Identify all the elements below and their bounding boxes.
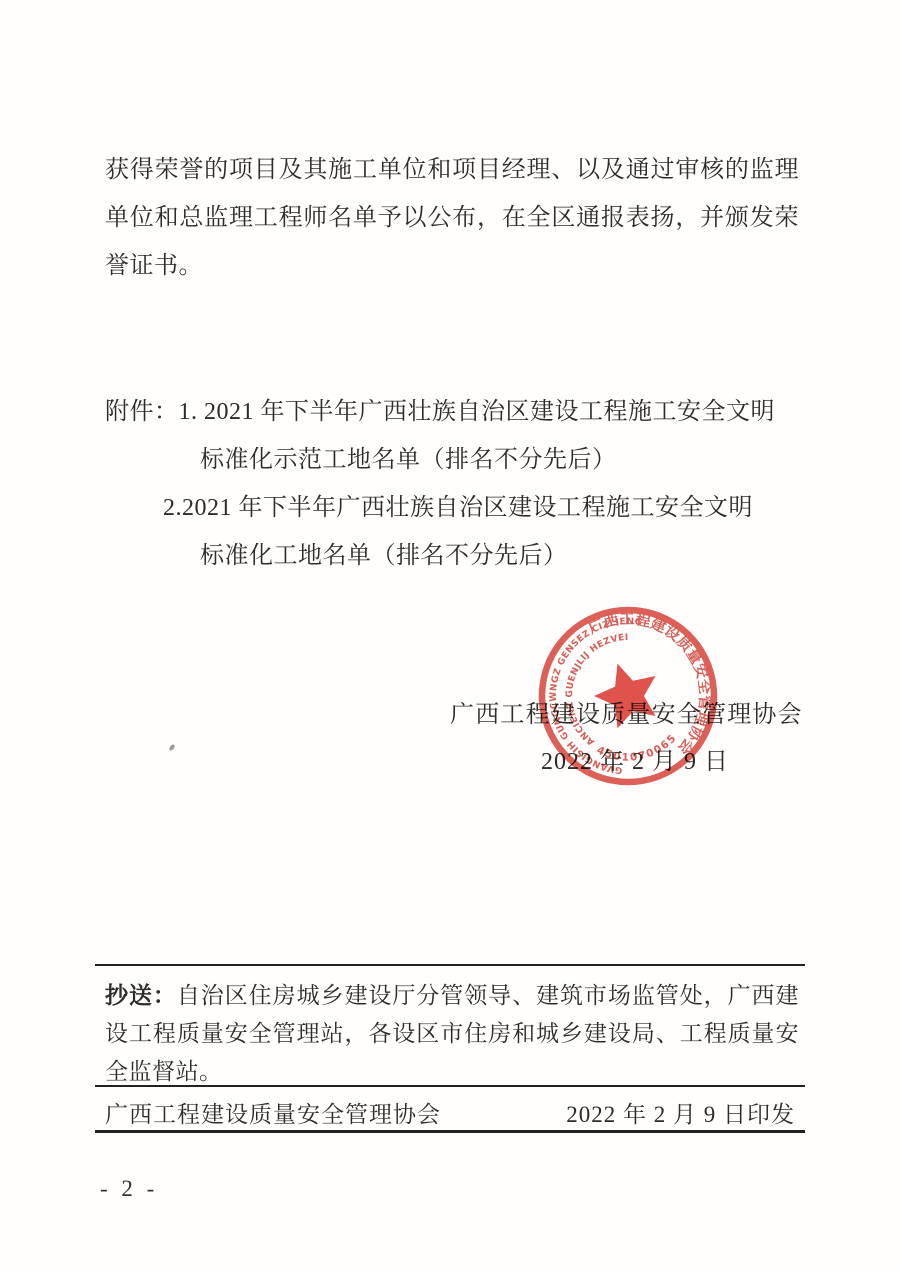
seal-star-icon <box>587 654 667 732</box>
body-line-1: 获得荣誉的项目及其施工单位和项目经理、以及通过审核的监理 <box>105 146 799 194</box>
body-paragraph: 获得荣誉的项目及其施工单位和项目经理、以及通过审核的监理 单位和总监理工程师名单… <box>105 146 799 290</box>
official-seal: GVANGJSIH GUNGCWNGZ GENSEZ CIZLIENG 广西工程… <box>518 586 738 806</box>
scan-speck <box>168 744 175 752</box>
attachment-item-1-line-1: 1. 2021 年下半年广西壮族自治区建设工程施工安全文明 <box>179 399 776 425</box>
footer-divider <box>95 1130 805 1133</box>
attachment-item-2-line-2: 标准化工地名单（排名不分先后） <box>105 532 805 580</box>
footer-issuer: 广西工程建设质量安全管理协会 <box>105 1096 441 1129</box>
body-line-3: 誉证书。 <box>105 242 799 290</box>
cc-label: 抄送： <box>105 983 177 1008</box>
attachment-label: 附件： <box>105 399 179 425</box>
cc-divider-bottom <box>95 1085 805 1087</box>
footer-row: 广西工程建设质量安全管理协会 2022 年 2 月 9 日印发 <box>105 1096 795 1129</box>
attachment-line-1: 附件：1. 2021 年下半年广西壮族自治区建设工程施工安全文明 <box>105 388 805 436</box>
page-number: - 2 - <box>100 1176 158 1202</box>
cc-block: 抄送：自治区住房城乡建设厅分管领导、建筑市场监管处，广西建设工程质量安全管理站，… <box>105 977 799 1091</box>
attachment-item-2-line-1: 2.2021 年下半年广西壮族自治区建设工程施工安全文明 <box>105 484 805 532</box>
document-page: 获得荣誉的项目及其施工单位和项目经理、以及通过审核的监理 单位和总监理工程师名单… <box>0 0 900 1272</box>
attachment-block: 附件：1. 2021 年下半年广西壮族自治区建设工程施工安全文明 标准化示范工地… <box>105 388 805 580</box>
footer-print-date: 2022 年 2 月 9 日印发 <box>566 1096 795 1129</box>
cc-text: 自治区住房城乡建设厅分管领导、建筑市场监管处，广西建设工程质量安全管理站，各设区… <box>105 983 799 1084</box>
body-line-2: 单位和总监理工程师名单予以公布，在全区通报表扬，并颁发荣 <box>105 194 799 242</box>
cc-divider-top <box>95 964 805 966</box>
attachment-item-1-line-2: 标准化示范工地名单（排名不分先后） <box>105 436 805 484</box>
